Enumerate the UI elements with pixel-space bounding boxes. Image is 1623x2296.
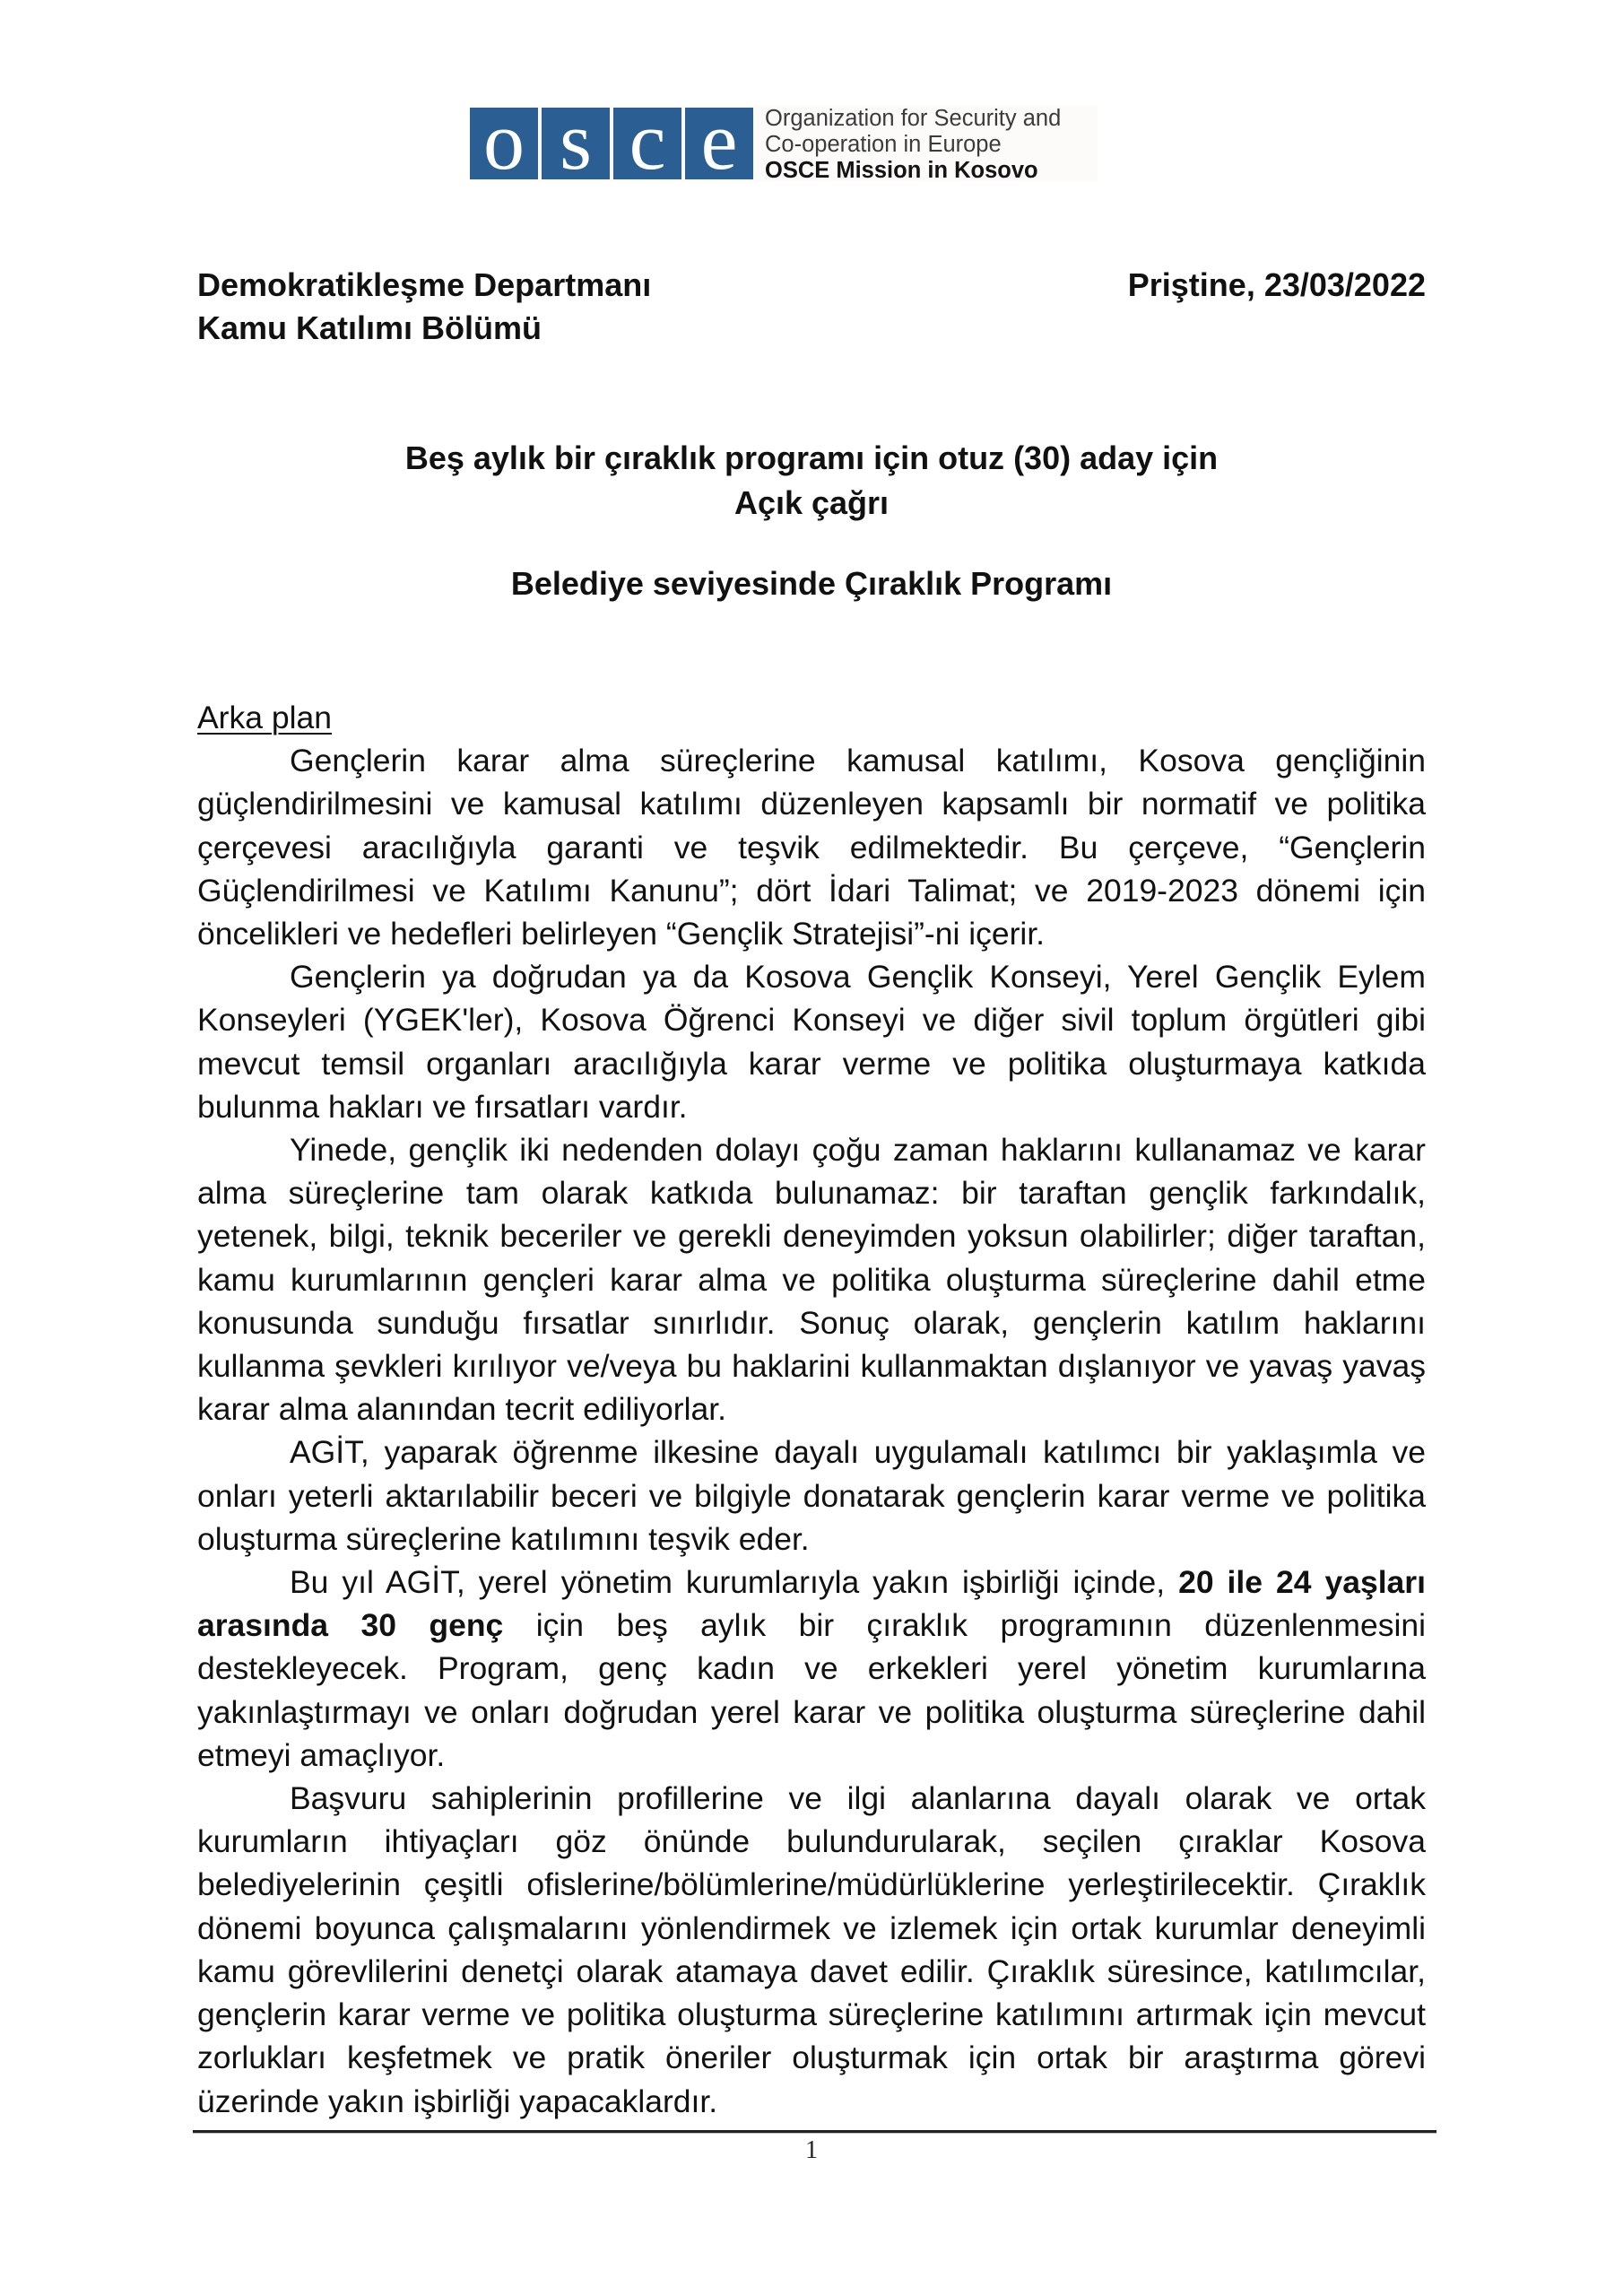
logo-text: Organization for Security and Co-operati… — [765, 106, 1061, 184]
logo-org-line1: Organization for Security and — [765, 106, 1061, 132]
osce-logo: o s c e Organization for Security and Co… — [470, 106, 1098, 181]
department-block: Demokratikleşme Departmanı Kamu Katılımı… — [197, 264, 651, 350]
logo-org-line2: Co-operation in Europe — [765, 132, 1061, 158]
logo-letter-e: e — [685, 108, 753, 179]
logo-mission-name: OSCE Mission in Kosovo — [765, 158, 1061, 184]
title-line-1: Beş aylık bir çıraklık programı için otu… — [197, 436, 1426, 481]
section-name: Kamu Katılımı Bölümü — [197, 307, 651, 350]
logo-letter-c: c — [613, 108, 681, 179]
document-body: Arka plan Gençlerin karar alma süreçleri… — [197, 696, 1426, 2123]
department-name: Demokratikleşme Departmanı — [197, 264, 651, 307]
paragraph-6: Başvuru sahiplerinin profillerine ve ilg… — [197, 1777, 1426, 2123]
logo-letter-s: s — [542, 108, 610, 179]
place-date: Priştine, 23/03/2022 — [1128, 264, 1426, 307]
paragraph-5-lead: Bu yıl AGİT, yerel yönetim kurumlarıyla … — [290, 1564, 1178, 1600]
document-subtitle: Belediye seviyesinde Çıraklık Programı — [197, 561, 1426, 606]
document-title: Beş aylık bir çıraklık programı için otu… — [197, 436, 1426, 526]
logo-letter-o: o — [470, 108, 538, 179]
paragraph-1: Gençlerin karar alma süreçlerine kamusal… — [197, 739, 1426, 955]
paragraph-4: AGİT, yaparak öğrenme ilkesine dayalı uy… — [197, 1431, 1426, 1561]
paragraph-5: Bu yıl AGİT, yerel yönetim kurumlarıyla … — [197, 1561, 1426, 1777]
footer-divider — [193, 2130, 1436, 2134]
page-number: 1 — [789, 2136, 834, 2165]
section-heading-background: Arka plan — [197, 696, 1426, 739]
title-line-2: Açık çağrı — [197, 481, 1426, 526]
paragraph-2: Gençlerin ya doğrudan ya da Kosova Gençl… — [197, 955, 1426, 1128]
paragraph-3: Yinede, gençlik iki nedenden dolayı çoğu… — [197, 1128, 1426, 1431]
